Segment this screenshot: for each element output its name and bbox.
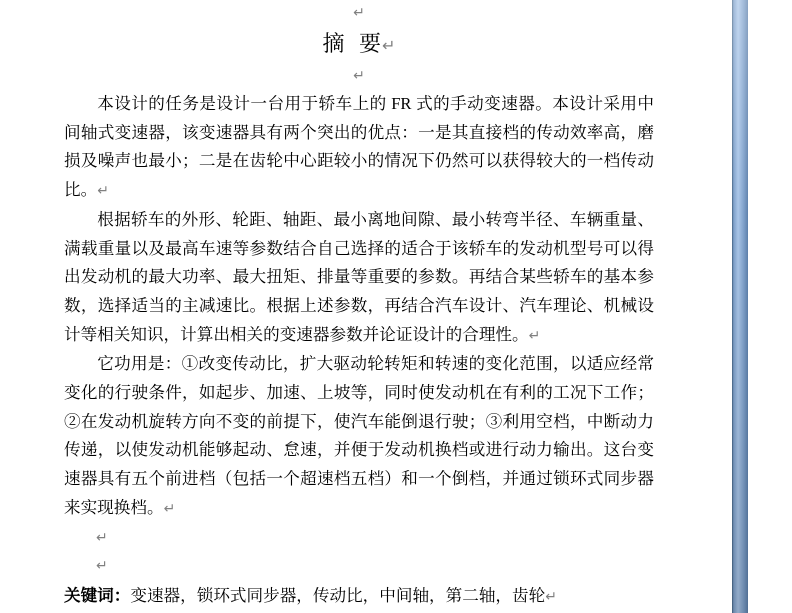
- paragraph-text: 本设计的任务是设计一台用于轿车上的 FR 式的手动变速器。本设计采用中间轴式变速…: [64, 94, 654, 199]
- document-page: ↵ 摘 要↵ ↵ 本设计的任务是设计一台用于轿车上的 FR 式的手动变速器。本设…: [0, 0, 792, 613]
- body-paragraph-2: 根据轿车的外形、轮距、轴距、最小离地间隙、最小转弯半径、车辆重量、满载重量以及最…: [64, 206, 654, 351]
- empty-paragraph: ↵: [64, 62, 654, 90]
- abstract-title-line: 摘 要↵: [64, 26, 654, 62]
- body-paragraph-3: 它功用是：①改变传动比，扩大驱动轮转矩和转速的变化范围，以适应经常变化的行驶条件…: [64, 350, 654, 523]
- paragraph-mark-icon: ↵: [545, 589, 557, 605]
- abstract-title: 摘 要: [323, 31, 383, 56]
- paragraph-text: 根据轿车的外形、轮距、轴距、最小离地间隙、最小转弯半径、车辆重量、满载重量以及最…: [64, 210, 654, 344]
- paragraph-mark-icon: ↵: [353, 68, 365, 84]
- body-paragraph-1: 本设计的任务是设计一台用于轿车上的 FR 式的手动变速器。本设计采用中间轴式变速…: [64, 90, 654, 206]
- paragraph-mark-icon: ↵: [529, 328, 541, 344]
- keywords-text: 变速器，锁环式同步器，传动比，中间轴，第二轴，齿轮: [130, 586, 545, 605]
- paragraph-mark-icon: ↵: [353, 5, 365, 21]
- scrollbar-thumb[interactable]: [732, 0, 748, 613]
- empty-paragraph: ↵: [64, 552, 654, 581]
- keywords-line: 关键词：变速器，锁环式同步器，传动比，中间轴，第二轴，齿轮↵: [64, 581, 654, 612]
- empty-paragraph: ↵: [64, 0, 654, 26]
- paragraph-text: 它功用是：①改变传动比，扩大驱动轮转矩和转速的变化范围，以适应经常变化的行驶条件…: [64, 354, 654, 517]
- paragraph-mark-icon: ↵: [164, 501, 176, 517]
- keywords-label: 关键词：: [64, 586, 130, 605]
- paragraph-mark-icon: ↵: [96, 558, 108, 574]
- empty-paragraph: ↵: [64, 524, 654, 553]
- paragraph-mark-icon: ↵: [97, 183, 109, 199]
- paragraph-mark-icon: ↵: [382, 36, 395, 55]
- paragraph-mark-icon: ↵: [96, 530, 108, 546]
- abstract-content: ↵ 摘 要↵ ↵ 本设计的任务是设计一台用于轿车上的 FR 式的手动变速器。本设…: [64, 0, 654, 612]
